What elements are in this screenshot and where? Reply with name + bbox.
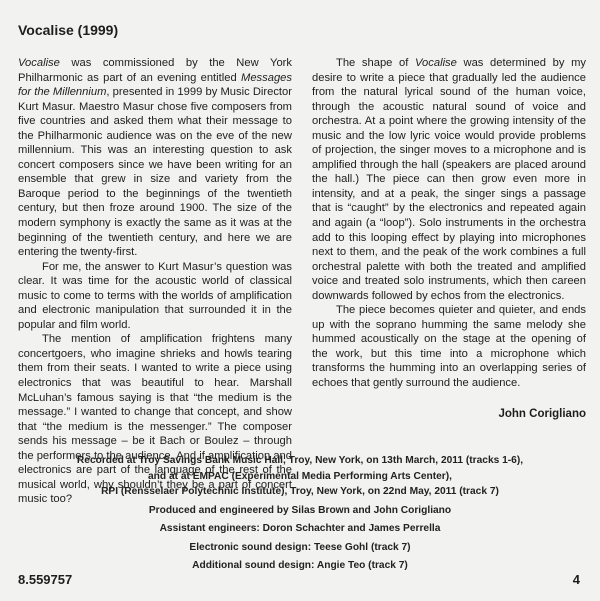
left-column: Vocalise was commissioned by the New Yor… bbox=[18, 56, 292, 507]
paragraph: The piece becomes quieter and quieter, a… bbox=[312, 303, 586, 390]
paragraph-text: , presented in 1999 by Music Director Ku… bbox=[18, 86, 292, 258]
additional-sound-design-credit: Additional sound design: Angie Teo (trac… bbox=[0, 558, 600, 574]
producer-credit: Produced and engineered by Silas Brown a… bbox=[0, 503, 600, 519]
credit-line: Recorded at Troy Savings Bank Music Hall… bbox=[0, 453, 600, 469]
page-number: 4 bbox=[573, 572, 580, 587]
paragraph: Vocalise was commissioned by the New Yor… bbox=[18, 56, 292, 260]
catalog-number: 8.559757 bbox=[18, 572, 72, 587]
assistant-engineers-credit: Assistant engineers: Doron Schachter and… bbox=[0, 521, 600, 537]
work-title-italic: Vocalise bbox=[18, 57, 60, 69]
credit-line: RPI (Rensselaer Polytechnic Institute), … bbox=[0, 484, 600, 500]
paragraph-text: The shape of bbox=[336, 57, 415, 69]
author-signature: John Corigliano bbox=[312, 407, 586, 422]
paragraph: The shape of Vocalise was determined by … bbox=[312, 56, 586, 303]
paragraph: For me, the answer to Kurt Masur’s quest… bbox=[18, 260, 292, 333]
credit-line: and at at EMPAC (Experimental Media Perf… bbox=[0, 469, 600, 485]
booklet-page: Vocalise (1999) Vocalise was commissione… bbox=[0, 0, 600, 601]
work-title-italic: Vocalise bbox=[415, 57, 457, 69]
right-column: The shape of Vocalise was determined by … bbox=[312, 56, 586, 421]
section-title: Vocalise (1999) bbox=[18, 22, 118, 38]
electronic-sound-design-credit: Electronic sound design: Teese Gohl (tra… bbox=[0, 540, 600, 556]
paragraph-text: was determined by my desire to write a p… bbox=[312, 57, 586, 302]
recording-location: Recorded at Troy Savings Bank Music Hall… bbox=[0, 453, 600, 500]
recording-credits: Recorded at Troy Savings Bank Music Hall… bbox=[0, 453, 600, 577]
